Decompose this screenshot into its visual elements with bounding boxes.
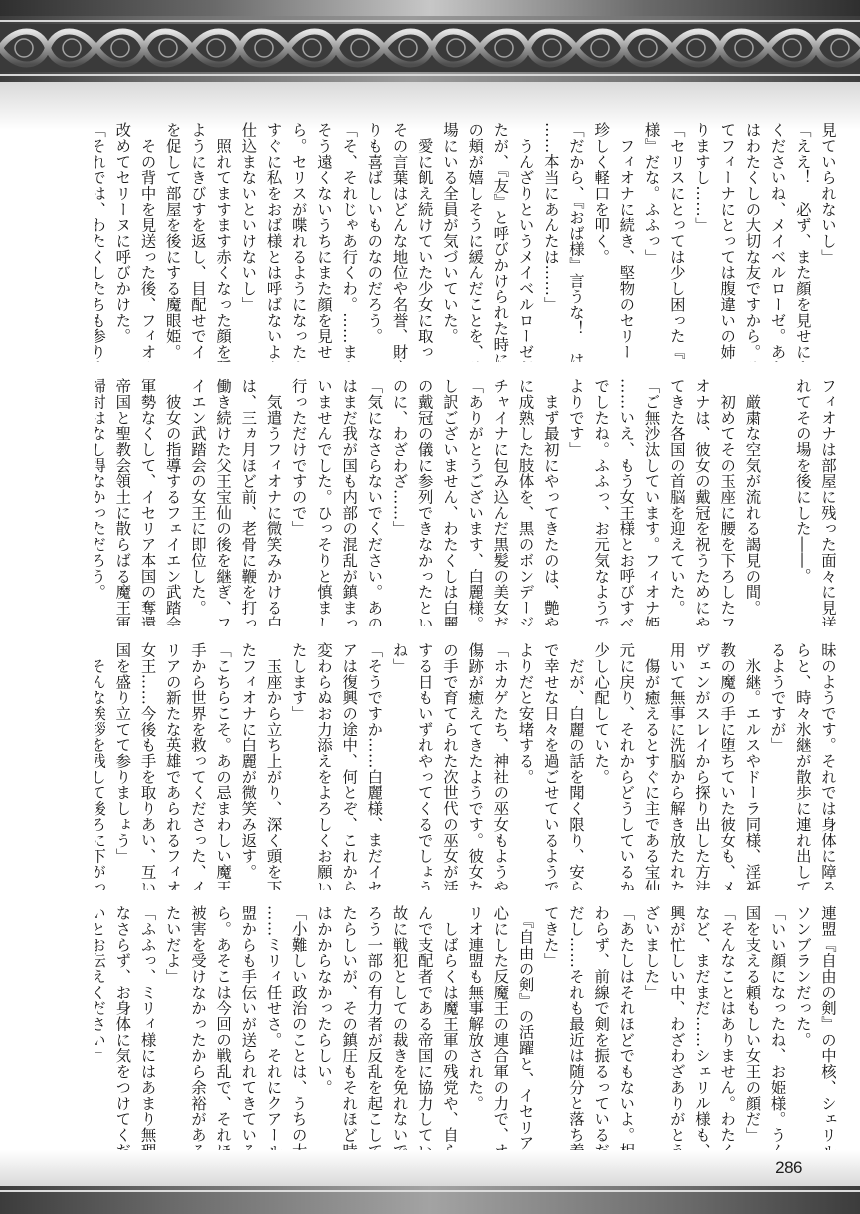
text-line: 傷跡が癒えてきたようです。彼女たち <box>462 642 487 890</box>
text-line: 場にいる全員が気づいていた。 <box>437 122 462 362</box>
text-line: し訳ございません、わたくしは白麗様 <box>437 378 462 626</box>
text-line: 仕込まないといけないし」 <box>235 122 260 362</box>
text-line: うんざりというメイベルローゼだっ <box>512 122 537 362</box>
text-line: の手で育てられた次世代の巫女が活躍 <box>437 642 462 890</box>
text-line: イエン武踏会の女王に即位した。 <box>185 378 210 626</box>
text-line: 「だから、『おば様』言うな！ はぁ <box>563 122 588 362</box>
text-line: 見ていられないし」 <box>815 122 840 362</box>
text-line: れてその場を後にした――。 <box>790 378 815 626</box>
text-line: 盟からも手伝いが送られてきているか <box>235 905 260 1153</box>
text-line: はわたくしの大切な友ですから。そし <box>739 122 764 362</box>
text-line: いとお伝えください」 <box>95 905 109 1153</box>
text-line: 氷継。エルスやドーラ同様、淫祇邪 <box>739 642 764 890</box>
text-line: 心にした反魔王の連合軍の力で、オラ <box>487 905 512 1153</box>
text-line: ね」 <box>386 642 411 890</box>
text-line: 照れてますます赤くなった顔を隠す <box>210 122 235 362</box>
text-line: ……本当にあんたは……」 <box>538 122 563 362</box>
text-line: 変わらぬお力添えをよろしくお願いい <box>311 642 336 890</box>
text-line: ……ミリィ任せさ。それにクアール同 <box>260 905 285 1153</box>
text-line: なさらず、お身体に気をつけてくださ <box>109 905 134 1153</box>
text-line: 初めてその玉座に腰を下ろしたフィ <box>714 378 739 626</box>
header-rule-bottom <box>0 74 860 76</box>
text-line: しばらくは魔王軍の残党や、自ら進 <box>437 905 462 1153</box>
text-line: 「ふふっ、ミリィ様にはあまり無理を <box>134 905 159 1153</box>
text-line: 「セリスにとっては少し困った『おば <box>664 122 689 362</box>
text-line: りますし……」 <box>689 122 714 362</box>
text-line: 「ありがとうございます、白麗様。申 <box>462 378 487 626</box>
text-line: 働き続けた父王宝仙の後を継ぎ、フェ <box>210 378 235 626</box>
text-line: はまだ我が国も内部の混乱が鎮まって <box>336 378 361 626</box>
text-line: 興が忙しい中、わざわざありがとうご <box>664 905 689 1153</box>
text-line: 軍勢なくして、イセリア本国の奪還、 <box>134 378 159 626</box>
header-ornament-band <box>0 0 860 82</box>
text-line: ソンブランだった。 <box>790 905 815 1153</box>
text-line: ……いえ、もう女王様とお呼びすべき <box>613 378 638 626</box>
text-line: リオ連盟も無事解放された。 <box>462 905 487 1153</box>
text-line: など、まだまだ……シェリル様も、復 <box>689 905 714 1153</box>
text-line: 玉座から立ち上がり、深く頭を下げ <box>260 642 285 890</box>
footer-ornament-band <box>0 1186 860 1214</box>
celtic-knot-icon <box>0 24 860 72</box>
text-tier-4: 連盟『自由の剣』の中核、シェリル＝ソンブランだった。「いい顔になったね、お姫様。… <box>95 905 840 1153</box>
text-line: 「こちらこそ。あの忌まわしい魔王の <box>210 642 235 890</box>
text-line: 女王……今後も手を取りあい、互いの <box>134 642 159 890</box>
text-line: 故に戦犯としての裁きを免れないであ <box>386 905 411 1153</box>
text-line: たします」 <box>286 642 311 890</box>
text-line: ざいました」 <box>638 905 663 1153</box>
text-line: 「いい顔になったね、お姫様。うん、 <box>764 905 789 1153</box>
text-line: ようにきびすを返し、目配せでイーバ <box>185 122 210 362</box>
text-line: わらず、前線で剣を振るっているだけ <box>588 905 613 1153</box>
text-line: 昧のようです。それでは身体に障るか <box>815 642 840 890</box>
text-line: 「ええ！ 必ず、また顔を見せにきて <box>790 122 815 362</box>
text-line: よりです」 <box>563 378 588 626</box>
text-line: 厳粛な空気が流れる謁見の間。 <box>739 378 764 626</box>
text-line: ヴェンがスレイから探り出した方法を <box>689 642 714 890</box>
text-line: 『自由の剣』の活躍と、イセリアを中 <box>512 905 537 1153</box>
text-line: てきた各国の首脳を迎えていた。 <box>664 378 689 626</box>
text-line: ろう一部の有力者が反乱を起こしてい <box>361 905 386 1153</box>
text-line: リアの新たな英雄であられるフィオナ <box>160 642 185 890</box>
text-line: いませんでした。ひっそりと慎ましく <box>311 378 336 626</box>
text-line: たが、『友』と呼びかけられた時にそ <box>487 122 512 362</box>
text-line: は、三ヵ月ほど前、老骨に鞭を打って <box>235 378 260 626</box>
text-line: の頬が嬉しそうに緩んだことを、その <box>462 122 487 362</box>
text-line: らと、時々氷継が散歩に連れ出してい <box>790 642 815 890</box>
text-line: くださいね、メイベルローゼ。あなた <box>764 122 789 362</box>
text-line: てフィーナにとっては腹違いの姉にな <box>714 122 739 362</box>
text-line: 彼女の指導するフェイエン武踏会の <box>160 378 185 626</box>
text-line: りも喜ばしいものなのだろう。 <box>361 122 386 362</box>
text-line: だし……それも最近は随分と落ち着い <box>563 905 588 1153</box>
text-line: 連盟『自由の剣』の中核、シェリル＝ <box>815 905 840 1153</box>
text-line: フィオナは部屋に残った面々に見送ら <box>815 378 840 626</box>
text-line: 帝国と聖教会領土に散らばる魔王軍の <box>109 378 134 626</box>
text-line: で幸せな日々を過ごせているようで何 <box>538 642 563 890</box>
text-line: の戴冠の儀に参列できなかったという <box>412 378 437 626</box>
text-line: する日もいずれやってくるでしょう <box>412 642 437 890</box>
text-line: そう遠くないうちにまた顔を見せるか <box>311 122 336 362</box>
text-line: 用いて無事に洗脳から解き放たれた。 <box>664 642 689 890</box>
text-line: すぐに私をおば様とは呼ばないように <box>260 122 285 362</box>
text-tier-1: 見ていられないし」「ええ！ 必ず、また顔を見せにきてくださいね、メイベルローゼ。… <box>95 122 840 362</box>
text-line: まず最初にやってきたのは、艶やか <box>538 378 563 626</box>
text-line: 「ホカゲたち、神社の巫女もようやく <box>487 642 512 890</box>
text-line: 国を支える頼もしい女王の顔だ」 <box>739 905 764 1153</box>
text-line: はかからなかったらしい。 <box>311 905 336 1153</box>
text-line: 「気になさらないでください。あの頃 <box>361 378 386 626</box>
text-line: たいだよ」 <box>160 905 185 1153</box>
text-line: 珍しく軽口を叩く。 <box>588 122 613 362</box>
text-line: 「それでは、わたくしたちも参りまし <box>95 122 109 362</box>
text-line: 「そ、それじゃあ行くわ。……まあ、 <box>336 122 361 362</box>
text-line: たフィオナに白麗が微笑み返す。 <box>235 642 260 890</box>
text-line: 国を盛り立てて参りましょう」 <box>109 642 134 890</box>
text-line: フィオナに続き、堅物のセリーヌが <box>613 122 638 362</box>
text-line: 気遣うフィオナに微笑みかける白麗 <box>260 378 285 626</box>
text-line: 「ご無沙汰しています。フィオナ姫様 <box>638 378 663 626</box>
text-line: ら。セリスが喋れるようになったら、 <box>286 122 311 362</box>
text-line: たらしいが、その鎮圧もそれほど時間 <box>336 905 361 1153</box>
footer-rule <box>0 1190 860 1192</box>
text-line: アは復興の途中、何とぞ、これからも <box>336 642 361 890</box>
text-line: るようですが」 <box>764 642 789 890</box>
text-line: 行っただけですので」 <box>286 378 311 626</box>
text-line: 「小難しい政治のことは、うちの大将 <box>286 905 311 1153</box>
text-line: てきた」 <box>538 905 563 1153</box>
header-rule-top <box>0 20 860 22</box>
text-line: 愛に飢え続けていた少女に取って、 <box>412 122 437 362</box>
text-line: 被害を受けなかったから余裕があるみ <box>185 905 210 1153</box>
text-tier-2: フィオナは部屋に残った面々に見送られてその場を後にした――。 厳粛な空気が流れる… <box>95 378 840 626</box>
text-tier-3: 昧のようです。それでは身体に障るからと、時々氷継が散歩に連れ出しているようですが… <box>95 642 840 890</box>
text-line: 少し心配していた。 <box>588 642 613 890</box>
text-line: チャイナに包み込んだ黒髪の美女だ。 <box>487 378 512 626</box>
text-line: 元に戻り、それからどうしているかと <box>613 642 638 890</box>
text-line: 様』だな。ふふっ」 <box>638 122 663 362</box>
text-line: そんな挨拶を残して後ろに下がって <box>95 642 109 890</box>
text-line: 手から世界を救ってくださった、イセ <box>185 642 210 890</box>
header-metal-strip <box>0 0 860 16</box>
text-line: に成熟した肢体を、黒のボンデージ・ <box>512 378 537 626</box>
text-line: 教の魔の手に堕ちていた彼女も、メイ <box>714 642 739 890</box>
text-line: 掃討はなし得なかっただろう。 <box>95 378 109 626</box>
text-line: 「そんなことはありません。わたくし <box>714 905 739 1153</box>
text-line: 傷が癒えるとすぐに主である宝仙の <box>638 642 663 890</box>
text-line: オナは、彼女の戴冠を祝うためにやっ <box>689 378 714 626</box>
footer-fade <box>0 1150 860 1186</box>
text-line: ら。あそこは今回の戦乱で、それほど <box>210 905 235 1153</box>
text-line: 「そうですか……白麗様、まだイセリ <box>361 642 386 890</box>
text-line: その言葉はどんな地位や名誉、財宝よ <box>386 122 411 362</box>
page-number: 286 <box>775 1158 802 1178</box>
text-line: を促して部屋を後にする魔眼姫。 <box>160 122 185 362</box>
text-line: 改めてセリーヌに呼びかけた。 <box>109 122 134 362</box>
text-line: でしたね。ふふっ、お元気なようで何 <box>588 378 613 626</box>
text-line: だが、白麗の話を聞く限り、安らか <box>563 642 588 890</box>
text-line <box>764 378 789 626</box>
text-line: のに、わざわざ……」 <box>386 378 411 626</box>
text-line: よりだと安堵する。 <box>512 642 537 890</box>
text-line: 「あたしはそれほどでもないよ。相変 <box>613 905 638 1153</box>
text-line: んで支配者である帝国に協力していた <box>412 905 437 1153</box>
text-line: その背中を見送った後、フィオナは <box>134 122 159 362</box>
